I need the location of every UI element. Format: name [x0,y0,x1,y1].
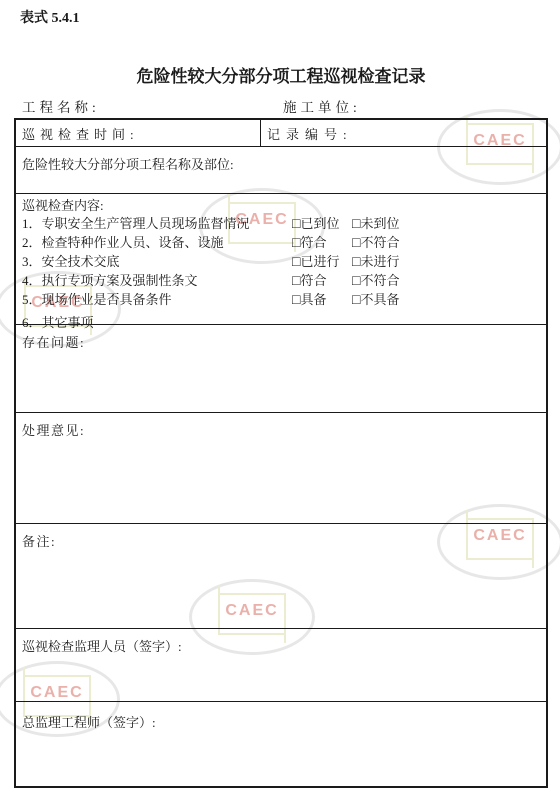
project-part-row: 危险性较大分部分项工程名称及部位: [16,146,546,193]
construction-unit-label: 施工单位: [283,96,361,116]
chief-engineer-signature-area [22,731,540,751]
project-part-label: 危险性较大分部分项工程名称及部位: [22,157,234,172]
record-number-cell: 记录编号: [261,120,546,146]
form-table: 巡视检查时间: 记录编号: 危险性较大分部分项工程名称及部位: 巡视检查内容: … [14,118,548,788]
checkbox-option: □具备 [292,291,352,310]
checkbox-option-label: 未到位 [360,216,399,231]
inspection-item-label: 3．安全技术交底 [22,253,292,272]
checkbox-option: □已进行 [292,253,352,272]
checkbox-option: □未进行 [352,253,540,272]
remarks-row: 备注: [16,523,546,628]
inspection-item: 1．专职安全生产管理人员现场监督情况 □已到位 □未到位 [22,215,540,234]
inspection-item-label: 1．专职安全生产管理人员现场监督情况 [22,215,292,234]
checkbox-option: □符合 [292,234,352,253]
checkbox-option: □不符合 [352,272,540,291]
record-number-label: 记录编号: [267,124,353,143]
checkbox-option-label: 已到位 [300,216,339,231]
remarks-fill-area [22,550,540,570]
problems-fill-area [22,351,540,371]
opinions-label: 处理意见: [22,423,85,438]
chief-engineer-signature-row: 总监理工程师（签字）: [16,701,546,786]
remarks-label: 备注: [22,534,56,549]
checkbox-option-label: 未进行 [360,254,399,269]
project-name-label: 工程名称: [22,96,100,116]
checkbox-option: □不符合 [352,234,540,253]
inspection-time-cell: 巡视检查时间: [16,120,261,146]
checkbox-option-label: 不符合 [360,273,399,288]
checkbox-option-label: 不具备 [360,292,399,307]
problems-label: 存在问题: [22,335,85,350]
inspection-item: 2．检查特种作业人员、设备、设施 □符合 □不符合 [22,234,540,253]
checkbox-option: □已到位 [292,215,352,234]
checkbox-option-label: 具备 [300,292,326,307]
inspection-item-label: 5．现场作业是否具备条件 [22,291,292,310]
problems-row: 存在问题: [16,324,546,412]
inspection-item: 5．现场作业是否具备条件 □具备 □不具备 [22,291,540,310]
checkbox-option-label: 符合 [300,273,326,288]
page-title: 危险性较大分部分项工程巡视检查记录 [14,62,548,87]
inspection-time-label: 巡视检查时间: [22,124,139,143]
inspector-signature-row: 巡视检查监理人员（签字）: [16,628,546,701]
checkbox-option: □未到位 [352,215,540,234]
inspector-signature-area [22,655,540,675]
inspection-content-header: 巡视检查内容: [22,197,540,215]
checkbox-option: □符合 [292,272,352,291]
inspection-item: 4．执行专项方案及强制性条文 □符合 □不符合 [22,272,540,291]
inspection-item-label: 2．检查特种作业人员、设备、设施 [22,234,292,253]
checkbox-option: □不具备 [352,291,540,310]
checkbox-option-label: 符合 [300,235,326,250]
checkbox-option-label: 已进行 [300,254,339,269]
opinions-row: 处理意见: [16,412,546,523]
inspection-item: 3．安全技术交底 □已进行 □未进行 [22,253,540,272]
inspection-item-label: 4．执行专项方案及强制性条文 [22,272,292,291]
inspection-item-label: 6．其它事项 [22,314,292,332]
form-code: 表式 5.4.1 [20,7,80,27]
opinions-fill-area [22,439,540,459]
checkbox-option-label: 不符合 [360,235,399,250]
inspection-content-row: 巡视检查内容: 1．专职安全生产管理人员现场监督情况 □已到位 □未到位 2．检… [16,193,546,324]
inspector-signature-label: 巡视检查监理人员（签字）: [22,639,182,654]
time-and-number-row: 巡视检查时间: 记录编号: [16,120,546,146]
chief-engineer-signature-label: 总监理工程师（签字）: [22,715,156,730]
scanned-form-page: { "page": { "form_code": "表式 5.4.1", "ti… [0,0,560,799]
